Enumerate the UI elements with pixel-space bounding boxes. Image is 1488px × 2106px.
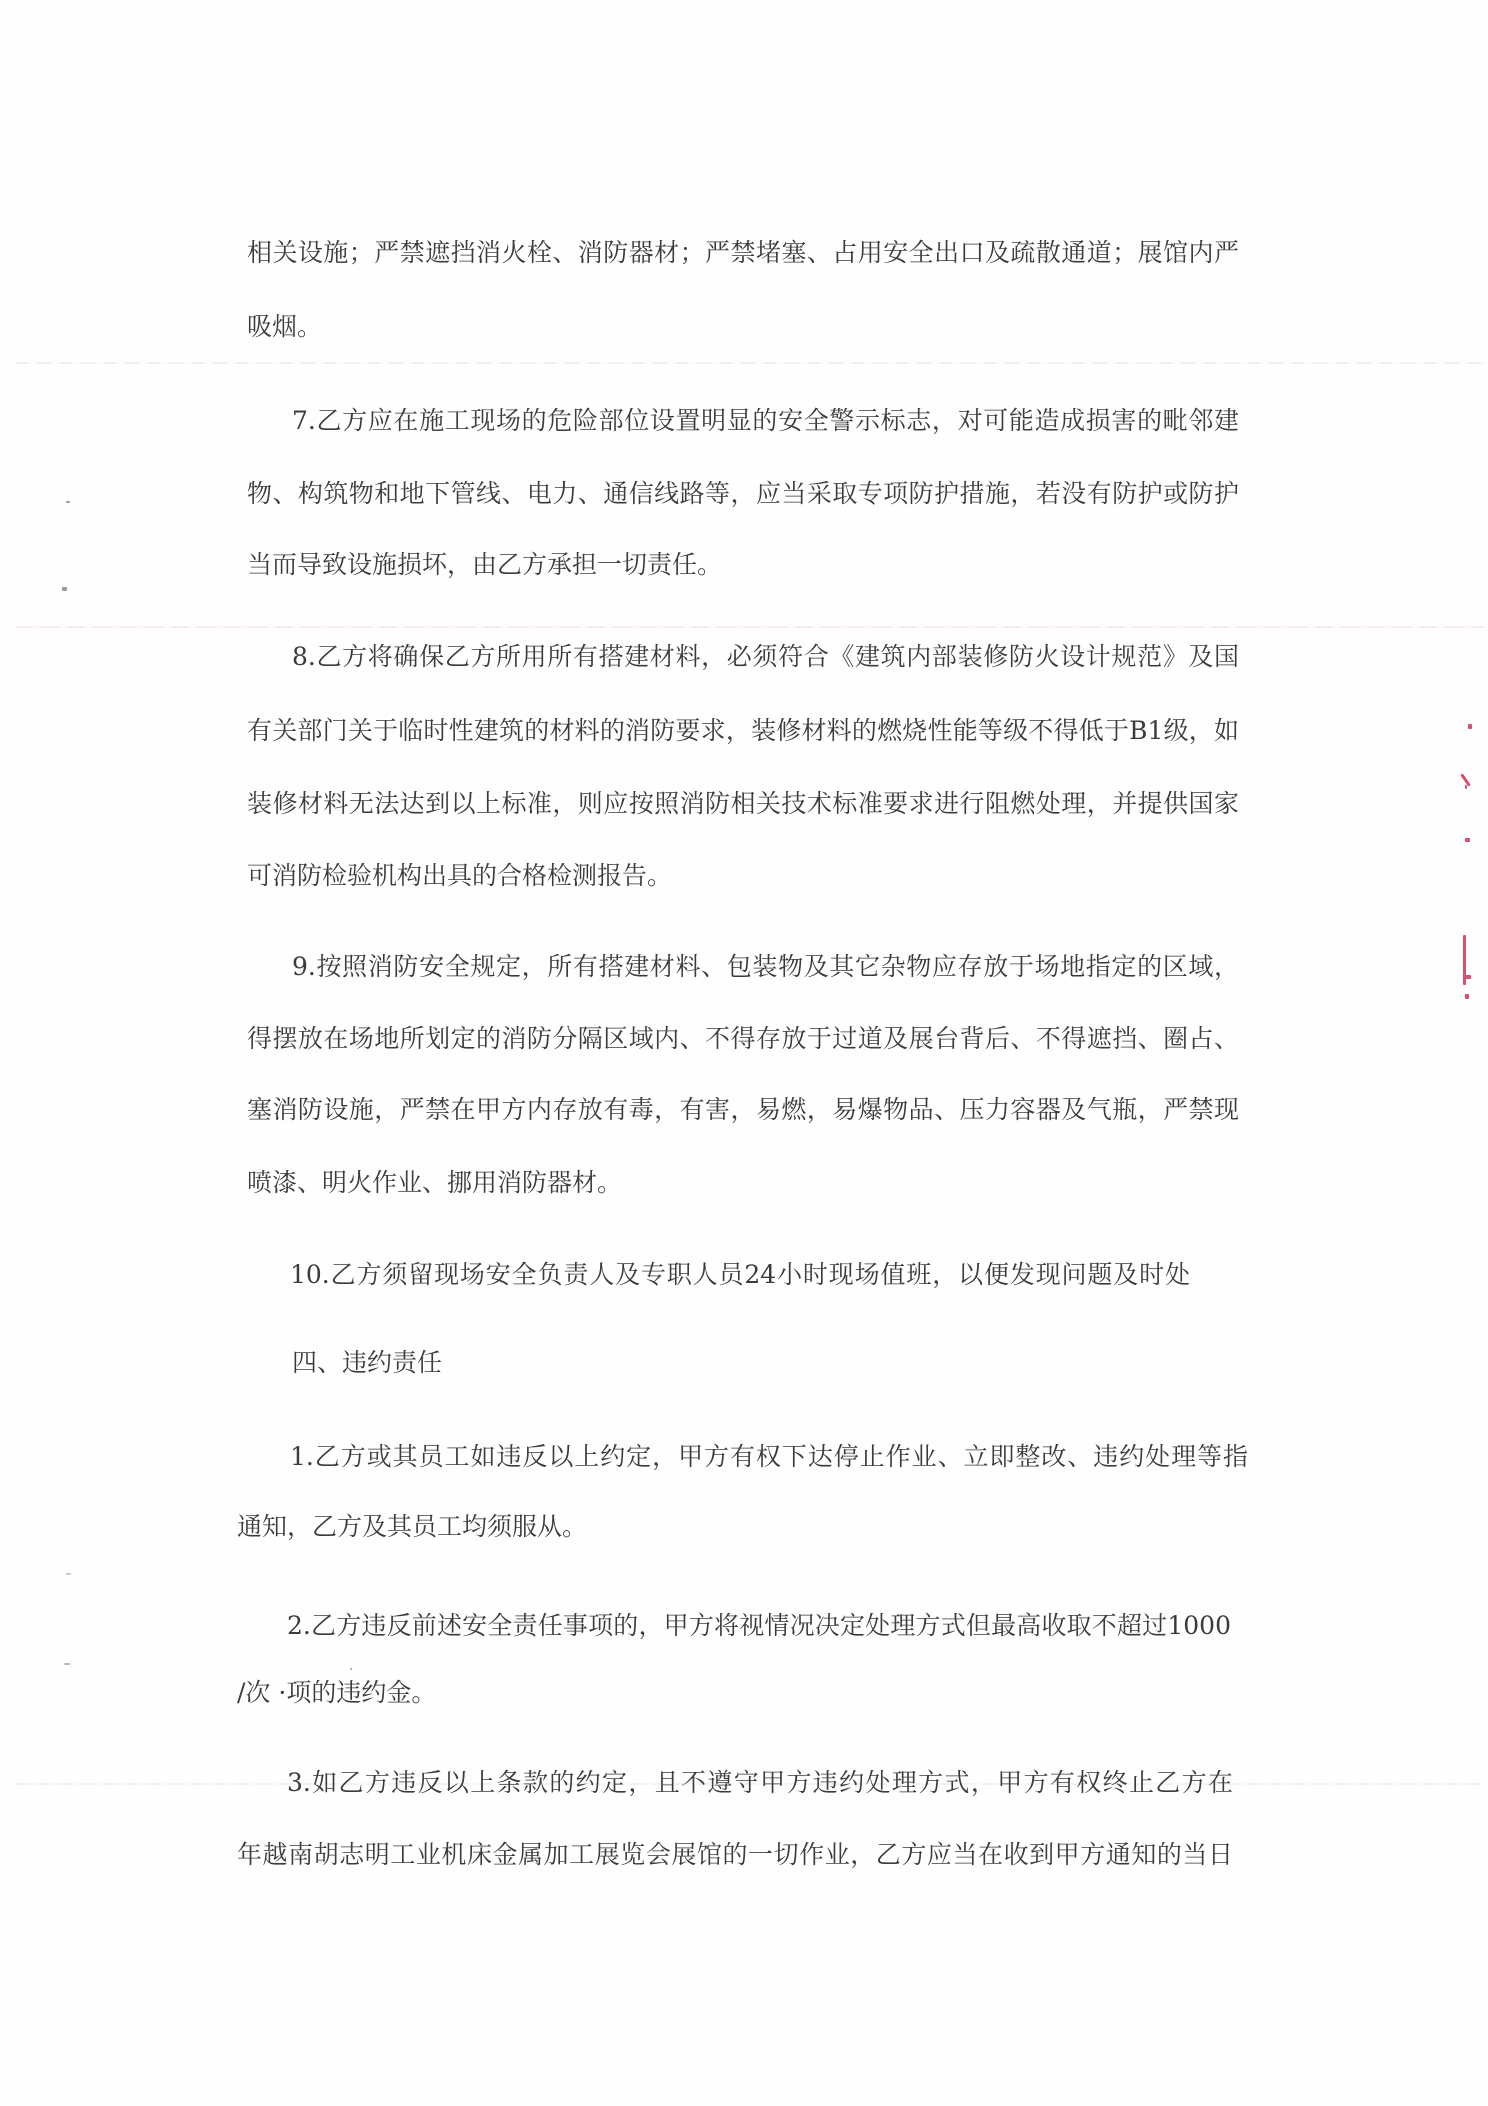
body-text-line: 吸烟。 [247,313,322,341]
paragraph-7-line: 物、构筑物和地下管线、电力、通信线路等，应当采取专项防护措施，若没有防护或防护不 [247,480,1239,508]
scan-artifact-line [15,362,1485,364]
document-page: 相关设施；严禁遮挡消火栓、消防器材；严禁堵塞、占用安全出口及疏散通道；展馆内严禁… [0,0,1488,2106]
paragraph-9-line: 喷漆、明火作业、挪用消防器材。 [247,1169,622,1197]
seal-stamp-fragment [1465,785,1467,789]
scan-speck [64,1663,70,1665]
scan-speck [350,1668,352,1670]
paragraph-7-line: 当而导致设施损坏，由乙方承担一切责任。 [247,551,722,579]
section-heading: 四、违约责任 [292,1349,442,1377]
clause-3-line: 年越南胡志明工业机床金属加工展览会展馆的一切作业，乙方应当在收到甲方通知的当日清 [237,1841,1233,1869]
paragraph-9-line: 9.按照消防安全规定，所有搭建材料、包装物及其它杂物应存放于场地指定的区域，不 [292,953,1239,981]
clause-3-line: 3.如乙方违反以上条款的约定，且不遵守甲方违约处理方式，甲方有权终止乙方在202… [287,1769,1233,1797]
paragraph-8-line: 8.乙方将确保乙方所用所有搭建材料，必须符合《建筑内部装修防火设计规范》及国家 [292,643,1239,671]
clause-1-line: 通知，乙方及其员工均须服从。 [237,1513,587,1541]
seal-stamp-fragment [1465,838,1470,842]
paragraph-7-line: 7.乙方应在施工现场的危险部位设置明显的安全警示标志，对可能造成损害的毗邻建筑 [292,407,1239,435]
paragraph-9-line: 塞消防设施，严禁在甲方内存放有毒，有害，易燃，易爆物品、压力容器及气瓶，严禁现场 [247,1096,1239,1124]
paragraph-10-line: 10.乙方须留现场安全负责人及专职人员24小时现场值班，以便发现问题及时处理。 [290,1261,1190,1289]
paragraph-8-line: 可消防检验机构出具的合格检测报告。 [247,862,672,890]
scan-speck [66,501,70,503]
clause-2-line: /次 ·项的违约金。 [237,1679,436,1707]
seal-stamp-fragment [1465,975,1471,979]
seal-stamp-fragment [1465,994,1469,999]
scan-speck [62,587,67,591]
paragraph-8-line: 有关部门关于临时性建筑的材料的消防要求，装修材料的燃烧性能等级不得低于B1级，如 [247,717,1239,745]
paragraph-8-line: 装修材料无法达到以上标准，则应按照消防相关技术标准要求进行阻燃处理，并提供国家认 [247,790,1239,818]
scan-artifact-line [15,626,1485,628]
seal-stamp-fragment [1468,724,1472,729]
clause-1-line: 1.乙方或其员工如违反以上约定，甲方有权下达停止作业、立即整改、违约处理等指令、 [290,1443,1248,1471]
scan-speck [66,1573,71,1575]
body-text-line: 相关设施；严禁遮挡消火栓、消防器材；严禁堵塞、占用安全出口及疏散通道；展馆内严禁 [247,239,1239,267]
paragraph-9-line: 得摆放在场地所划定的消防分隔区域内、不得存放于过道及展台背后、不得遮挡、圈占、堵 [247,1025,1239,1053]
clause-2-line: 2.乙方违反前述安全责任事项的，甲方将视情况决定处理方式但最高收取不超过1000… [287,1612,1231,1640]
